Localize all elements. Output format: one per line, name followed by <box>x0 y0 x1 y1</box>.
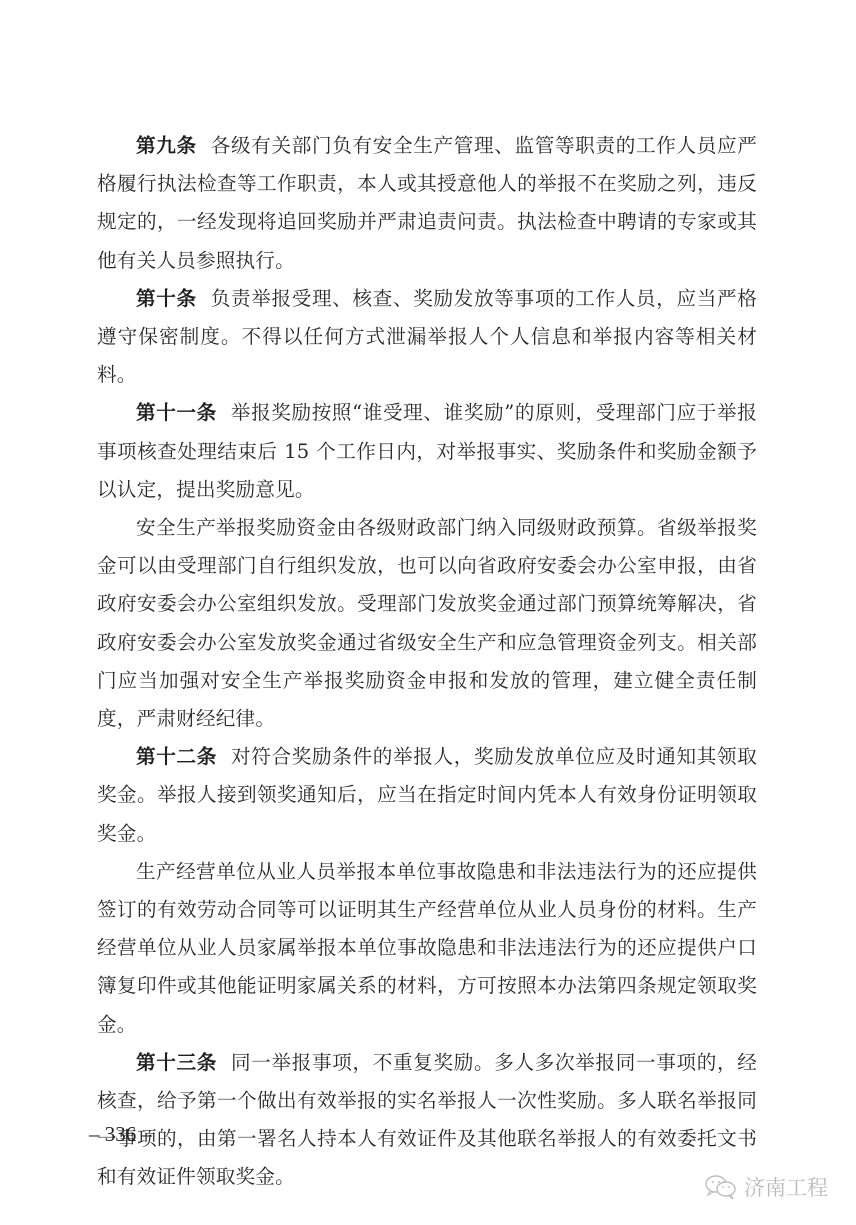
paragraph-article-10: 第十条负责举报受理、核查、奖励发放等事项的工作人员，应当严格遵守保密制度。不得以… <box>97 280 757 395</box>
article-heading: 第十条 <box>136 287 197 310</box>
paragraph-text: 安全生产举报奖励资金由各级财政部门纳入同级财政预算。省级举报奖金可以由受理部门自… <box>97 516 757 730</box>
page-number: – 336 – <box>89 1122 152 1147</box>
article-heading: 第十三条 <box>136 1051 217 1074</box>
document-page: 第九条各级有关部门负有安全生产管理、监管等职责的工作人员应严格履行执法检查等工作… <box>97 127 757 1197</box>
article-heading: 第十二条 <box>136 745 217 768</box>
paragraph-text: 生产经营单位从业人员举报本单位事故隐患和非法违法行为的还应提供签订的有效劳动合同… <box>97 860 757 1036</box>
paragraph-employee-materials: 生产经营单位从业人员举报本单位事故隐患和非法违法行为的还应提供签订的有效劳动合同… <box>97 853 757 1044</box>
paragraph-article-12: 第十二条对符合奖励条件的举报人，奖励发放单位应及时通知其领取奖金。举报人接到领奖… <box>97 738 757 853</box>
article-heading: 第十一条 <box>136 401 217 424</box>
paragraph-article-9: 第九条各级有关部门负有安全生产管理、监管等职责的工作人员应严格履行执法检查等工作… <box>97 127 757 280</box>
watermark: 济南工程 <box>704 1172 828 1202</box>
paragraph-funding: 安全生产举报奖励资金由各级财政部门纳入同级财政预算。省级举报奖金可以由受理部门自… <box>97 509 757 738</box>
paragraph-article-11: 第十一条举报奖励按照“谁受理、谁奖励”的原则，受理部门应于举报事项核查处理结束后… <box>97 394 757 509</box>
paragraph-article-13: 第十三条同一举报事项，不重复奖励。多人多次举报同一事项的，经核查，给予第一个做出… <box>97 1044 757 1197</box>
watermark-label: 济南工程 <box>744 1172 828 1202</box>
article-heading: 第九条 <box>136 134 197 157</box>
wechat-icon <box>704 1174 738 1200</box>
